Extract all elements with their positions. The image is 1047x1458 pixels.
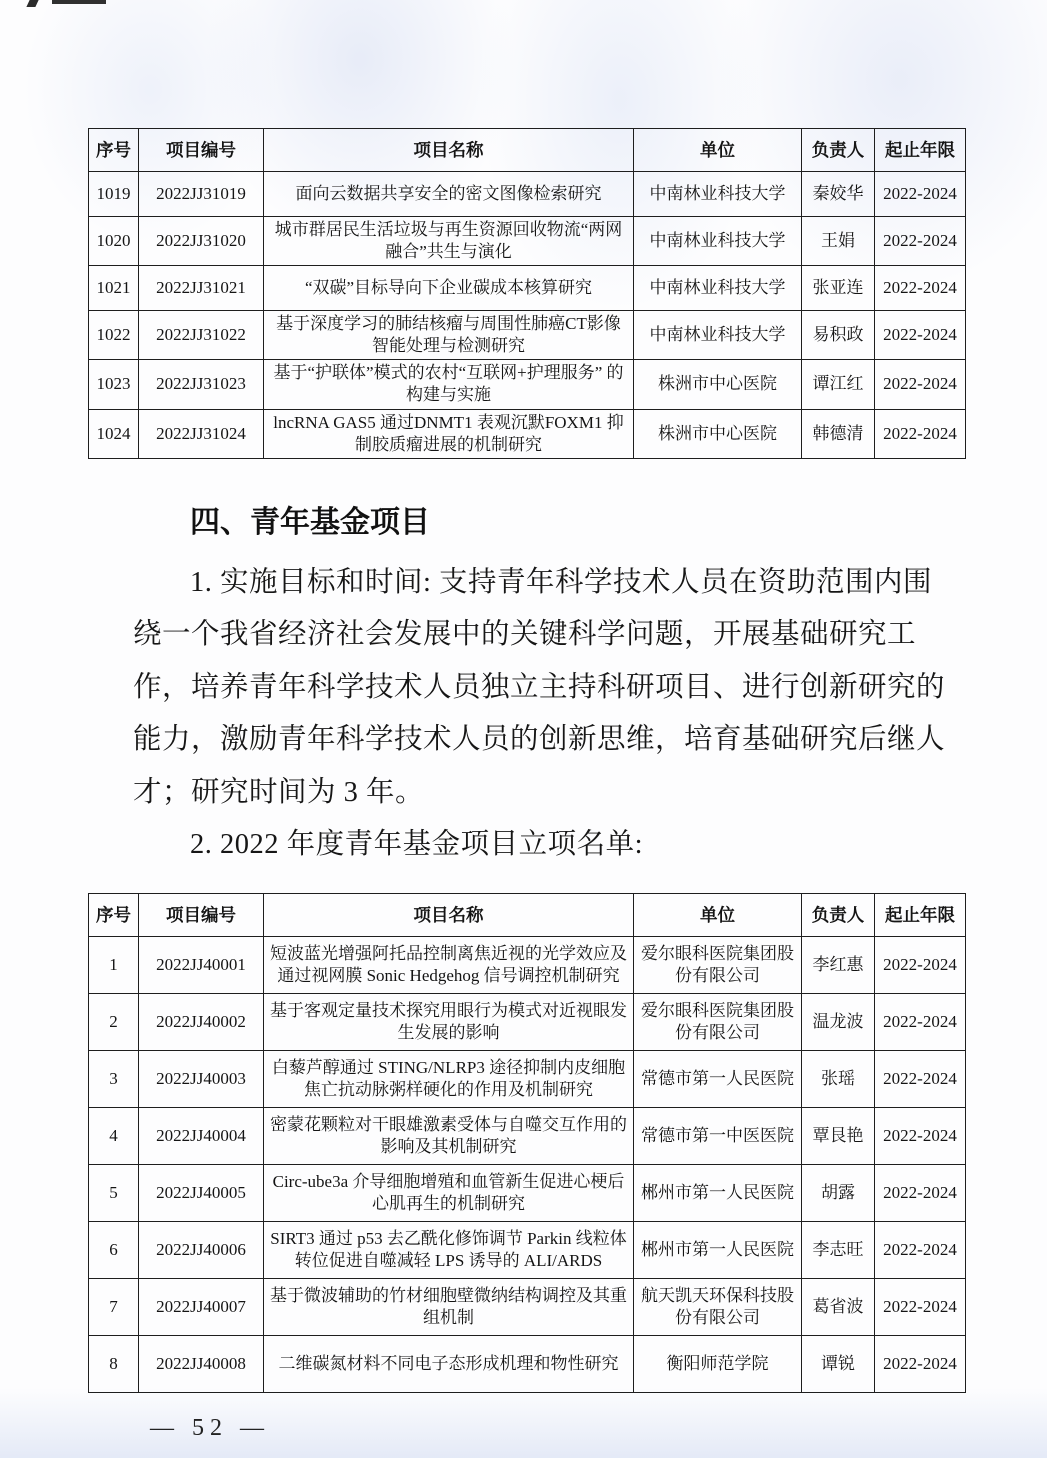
table-cell: 二维碳氮材料不同电子态形成机理和物性研究 <box>264 1336 634 1393</box>
table-cell: 1024 <box>89 409 139 458</box>
provincial-projects-table: 序号项目编号项目名称单位负责人起止年限 10192022JJ31019面向云数据… <box>88 128 966 459</box>
table-cell: 2022-2024 <box>875 409 966 458</box>
table-row: 10212022JJ31021“双碳”目标导向下企业碳成本核算研究中南林业科技大… <box>89 266 966 311</box>
table-cell: 2022JJ40005 <box>139 1165 264 1222</box>
table-cell: “双碳”目标导向下企业碳成本核算研究 <box>264 266 634 311</box>
table-cell: 张瑶 <box>802 1051 875 1108</box>
table-cell: 1023 <box>89 360 139 409</box>
table-header-cell: 项目名称 <box>264 894 634 937</box>
table-header-cell: 单位 <box>634 894 802 937</box>
list-intro-line: 2. 2022 年度青年基金项目立项名单: <box>133 821 933 867</box>
paragraph-line: 才；研究时间为 3 年。 <box>133 769 933 822</box>
table-cell: 基于“护联体”模式的农村“互联网+护理服务” 的构建与实施 <box>264 360 634 409</box>
table-header-cell: 序号 <box>89 129 139 172</box>
paragraph-line: 绕一个我省经济社会发展中的关键科学问题，开展基础研究工 <box>133 611 933 664</box>
table-cell: 2022-2024 <box>875 172 966 217</box>
table-header-cell: 序号 <box>89 894 139 937</box>
table-cell: 2022JJ31023 <box>139 360 264 409</box>
table-cell: 李志旺 <box>802 1222 875 1279</box>
table-cell: 覃艮艳 <box>802 1108 875 1165</box>
table-row: 82022JJ40008二维碳氮材料不同电子态形成机理和物性研究衡阳师范学院谭锐… <box>89 1336 966 1393</box>
scan-mark-artifact <box>26 0 38 7</box>
table-header-row: 序号项目编号项目名称单位负责人起止年限 <box>89 129 966 172</box>
table-row: 10232022JJ31023基于“护联体”模式的农村“互联网+护理服务” 的构… <box>89 360 966 409</box>
paragraph-line: 1. 实施目标和时间: 支持青年科学技术人员在资助范围内围 <box>133 559 933 612</box>
table-cell: 中南林业科技大学 <box>634 217 802 266</box>
table-cell: 株洲市中心医院 <box>634 409 802 458</box>
paragraph-line: 能力，激励青年科学技术人员的创新思维，培育基础研究后继人 <box>133 716 933 769</box>
table-cell: 谭锐 <box>802 1336 875 1393</box>
table-cell: 常德市第一中医医院 <box>634 1108 802 1165</box>
table-cell: 2022JJ40003 <box>139 1051 264 1108</box>
table-cell: 白藜芦醇通过 STING/NLRP3 途径抑制内皮细胞焦亡抗动脉粥样硬化的作用及… <box>264 1051 634 1108</box>
table-header-cell: 负责人 <box>802 894 875 937</box>
table-cell: lncRNA GAS5 通过DNMT1 表观沉默FOXM1 抑制胶质瘤进展的机制… <box>264 409 634 458</box>
table-cell: 短波蓝光增强阿托品控制离焦近视的光学效应及通过视网膜 Sonic Hedgeho… <box>264 937 634 994</box>
table-cell: 常德市第一人民医院 <box>634 1051 802 1108</box>
table-cell: 2022JJ40004 <box>139 1108 264 1165</box>
page-number: — 52 — <box>150 1415 1047 1442</box>
table-row: 12022JJ40001短波蓝光增强阿托品控制离焦近视的光学效应及通过视网膜 S… <box>89 937 966 994</box>
table-header-cell: 单位 <box>634 129 802 172</box>
table-cell: 秦姣华 <box>802 172 875 217</box>
table-cell: 3 <box>89 1051 139 1108</box>
table-cell: 郴州市第一人民医院 <box>634 1165 802 1222</box>
table-row: 32022JJ40003白藜芦醇通过 STING/NLRP3 途径抑制内皮细胞焦… <box>89 1051 966 1108</box>
table-cell: 航天凯天环保科技股份有限公司 <box>634 1279 802 1336</box>
table-row: 10202022JJ31020城市群居民生活垃圾与再生资源回收物流“两网融合”共… <box>89 217 966 266</box>
section-heading: 四、青年基金项目 <box>190 497 1047 541</box>
table-cell: 葛省波 <box>802 1279 875 1336</box>
table-row: 10192022JJ31019面向云数据共享安全的密文图像检索研究中南林业科技大… <box>89 172 966 217</box>
table-cell: 中南林业科技大学 <box>634 311 802 360</box>
table-cell: 2022JJ31021 <box>139 266 264 311</box>
table-cell: 郴州市第一人民医院 <box>634 1222 802 1279</box>
table-cell: 2022-2024 <box>875 937 966 994</box>
table-cell: 1022 <box>89 311 139 360</box>
table-cell: 胡露 <box>802 1165 875 1222</box>
table-row: 72022JJ40007基于微波辅助的竹材细胞壁微纳结构调控及其重组机制航天凯天… <box>89 1279 966 1336</box>
table-cell: 2022-2024 <box>875 311 966 360</box>
table-cell: 2022JJ40001 <box>139 937 264 994</box>
table-cell: 基于客观定量技术探究用眼行为模式对近视眼发生发展的影响 <box>264 994 634 1051</box>
table-cell: 2022-2024 <box>875 994 966 1051</box>
table-cell: 爱尔眼科医院集团股份有限公司 <box>634 994 802 1051</box>
table-cell: 衡阳师范学院 <box>634 1336 802 1393</box>
table-cell: 7 <box>89 1279 139 1336</box>
table-cell: 谭江红 <box>802 360 875 409</box>
table-cell: 面向云数据共享安全的密文图像检索研究 <box>264 172 634 217</box>
table-cell: 8 <box>89 1336 139 1393</box>
table-cell: 株洲市中心医院 <box>634 360 802 409</box>
table-cell: 基于微波辅助的竹材细胞壁微纳结构调控及其重组机制 <box>264 1279 634 1336</box>
table-cell: 城市群居民生活垃圾与再生资源回收物流“两网融合”共生与演化 <box>264 217 634 266</box>
table-cell: 密蒙花颗粒对干眼雄激素受体与自噬交互作用的影响及其机制研究 <box>264 1108 634 1165</box>
table-cell: 2022-2024 <box>875 266 966 311</box>
table-header-cell: 起止年限 <box>875 894 966 937</box>
section-paragraph: 1. 实施目标和时间: 支持青年科学技术人员在资助范围内围绕一个我省经济社会发展… <box>133 559 933 822</box>
table-cell: 李红惠 <box>802 937 875 994</box>
table-cell: 张亚连 <box>802 266 875 311</box>
table-cell: 温龙波 <box>802 994 875 1051</box>
document-page: 序号项目编号项目名称单位负责人起止年限 10192022JJ31019面向云数据… <box>0 128 1047 1442</box>
table-cell: 2022-2024 <box>875 1279 966 1336</box>
table-header-cell: 起止年限 <box>875 129 966 172</box>
table-cell: 1 <box>89 937 139 994</box>
table-cell: 易积政 <box>802 311 875 360</box>
table-cell: 韩德清 <box>802 409 875 458</box>
table-cell: 5 <box>89 1165 139 1222</box>
table-row: 62022JJ40006SIRT3 通过 p53 去乙酰化修饰调节 Parkin… <box>89 1222 966 1279</box>
table-cell: 1020 <box>89 217 139 266</box>
table-cell: 王娟 <box>802 217 875 266</box>
table-cell: 2022-2024 <box>875 1165 966 1222</box>
table-cell: 基于深度学习的肺结核瘤与周围性肺癌CT影像智能处理与检测研究 <box>264 311 634 360</box>
table-cell: 2022JJ31024 <box>139 409 264 458</box>
table-cell: 2022-2024 <box>875 1222 966 1279</box>
table-row: 22022JJ40002基于客观定量技术探究用眼行为模式对近视眼发生发展的影响爱… <box>89 994 966 1051</box>
table-cell: 2022-2024 <box>875 360 966 409</box>
table-header-row: 序号项目编号项目名称单位负责人起止年限 <box>89 894 966 937</box>
table-cell: 2022-2024 <box>875 1051 966 1108</box>
table-row: 42022JJ40004密蒙花颗粒对干眼雄激素受体与自噬交互作用的影响及其机制研… <box>89 1108 966 1165</box>
table-cell: 2022JJ31019 <box>139 172 264 217</box>
table-header-cell: 负责人 <box>802 129 875 172</box>
table-header-cell: 项目名称 <box>264 129 634 172</box>
table-cell: 2 <box>89 994 139 1051</box>
table-cell: 1021 <box>89 266 139 311</box>
table-cell: 2022-2024 <box>875 1108 966 1165</box>
table-cell: 爱尔眼科医院集团股份有限公司 <box>634 937 802 994</box>
table-header-cell: 项目编号 <box>139 894 264 937</box>
paragraph-line: 作，培养青年科学技术人员独立主持科研项目、进行创新研究的 <box>133 664 933 717</box>
table-cell: 2022JJ40002 <box>139 994 264 1051</box>
table-cell: 2022JJ40008 <box>139 1336 264 1393</box>
table-row: 10222022JJ31022基于深度学习的肺结核瘤与周围性肺癌CT影像智能处理… <box>89 311 966 360</box>
table-cell: 2022JJ40006 <box>139 1222 264 1279</box>
table-row: 52022JJ40005Circ-ube3a 介导细胞增殖和血管新生促进心梗后心… <box>89 1165 966 1222</box>
table-cell: 1019 <box>89 172 139 217</box>
table-cell: 2022JJ40007 <box>139 1279 264 1336</box>
table-cell: 中南林业科技大学 <box>634 266 802 311</box>
table-cell: 2022-2024 <box>875 1336 966 1393</box>
youth-fund-projects-table: 序号项目编号项目名称单位负责人起止年限 12022JJ40001短波蓝光增强阿托… <box>88 893 966 1393</box>
table-cell: 2022JJ31022 <box>139 311 264 360</box>
table-cell: Circ-ube3a 介导细胞增殖和血管新生促进心梗后心肌再生的机制研究 <box>264 1165 634 1222</box>
scan-mark-artifact <box>52 0 106 4</box>
table-row: 10242022JJ31024lncRNA GAS5 通过DNMT1 表观沉默F… <box>89 409 966 458</box>
table-header-cell: 项目编号 <box>139 129 264 172</box>
table-cell: 2022JJ31020 <box>139 217 264 266</box>
table-cell: 6 <box>89 1222 139 1279</box>
table-cell: SIRT3 通过 p53 去乙酰化修饰调节 Parkin 线粒体转位促进自噬减轻… <box>264 1222 634 1279</box>
table-cell: 中南林业科技大学 <box>634 172 802 217</box>
table-cell: 4 <box>89 1108 139 1165</box>
table-cell: 2022-2024 <box>875 217 966 266</box>
